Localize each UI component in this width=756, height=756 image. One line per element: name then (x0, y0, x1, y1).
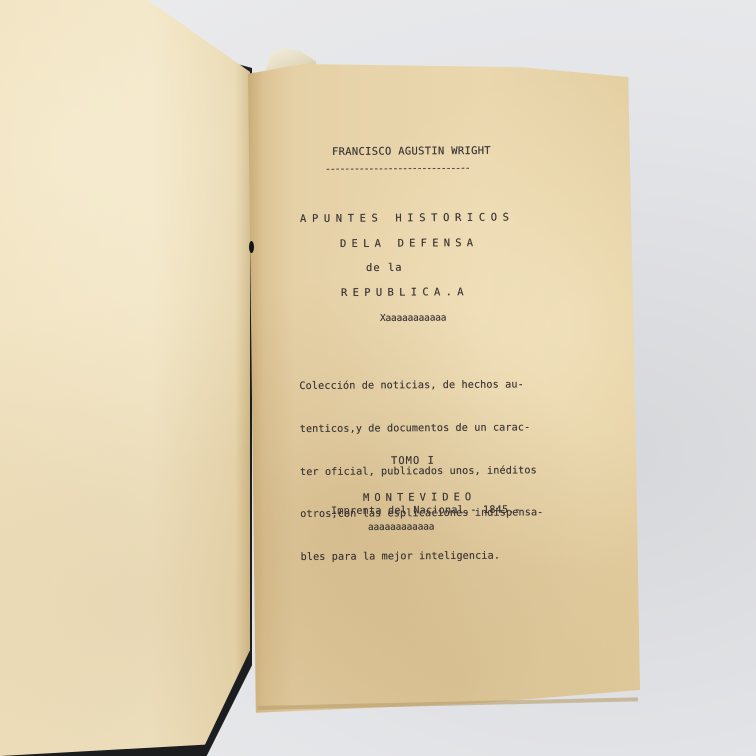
volume-label: TOMO I (391, 455, 435, 467)
title-line-4: REPUBLICA.A (341, 286, 469, 299)
title-line-1: APUNTES HISTORICOS (300, 212, 515, 225)
description-line: bles para la mejor inteligencia. (301, 549, 544, 565)
description-line: Colección de noticias, de hechos au- (299, 379, 542, 395)
description-line: tenticos,y de documentos de un carac- (300, 421, 543, 437)
description-block: Colección de noticias, de hechos au- ten… (299, 350, 544, 593)
title-line-3: de la (366, 262, 403, 274)
photo-scene: FRANCISCO AGUSTIN WRIGHT ---------------… (0, 0, 756, 756)
binding-hole (249, 241, 254, 253)
publication-place: MONTEVIDEO (363, 491, 476, 504)
title-line-2: DELA DEFENSA (340, 237, 478, 250)
title-ornament: Xaaaaaaaaaaa (380, 313, 446, 324)
author-name: FRANCISCO AGUSTIN WRIGHT (332, 145, 491, 158)
author-underline: ------------------------------ (325, 163, 470, 175)
imprint-line: Imprenta del Nacional.- 1845.- (331, 505, 521, 517)
left-blank-page (0, 0, 250, 756)
imprint-ornament: aaaaaaaaaaaa (368, 522, 434, 533)
